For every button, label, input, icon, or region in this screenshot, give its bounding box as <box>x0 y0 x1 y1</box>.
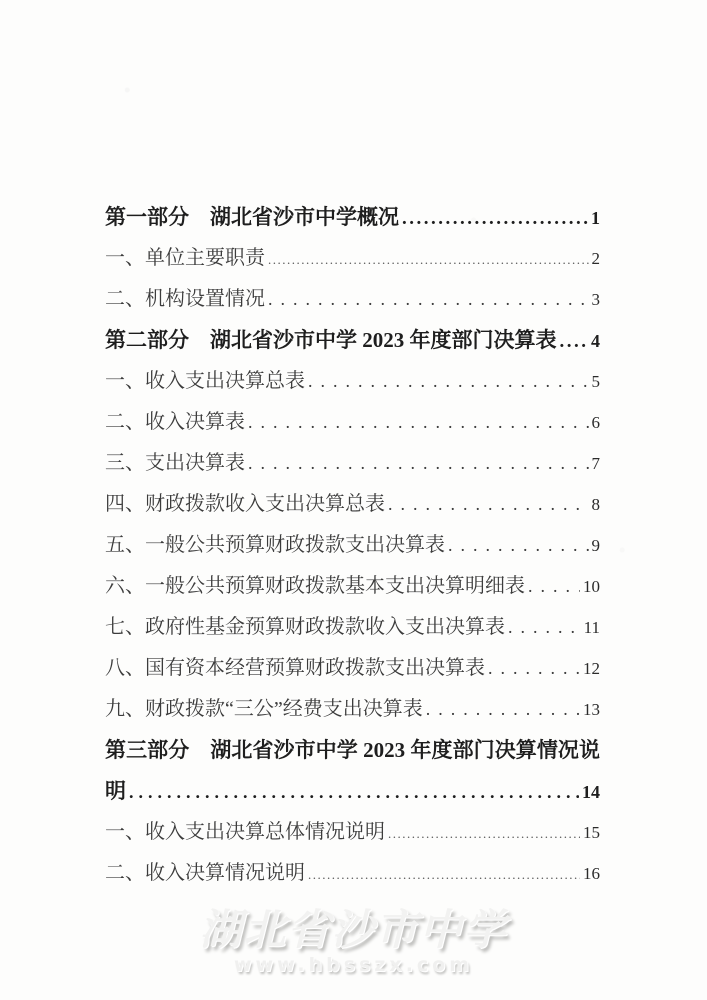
dot-leader <box>488 648 580 689</box>
toc-item-entry: 七、政府性基金预算财政拨款收入支出决算表11 <box>105 607 600 648</box>
dot-leader <box>248 443 589 484</box>
dot-leader <box>508 607 581 648</box>
toc-item-entry: 四、财政拨款收入支出决算总表8 <box>105 484 600 525</box>
toc-entry-label: 第二部分 湖北省沙市中学 2023 年度部门决算表 <box>105 320 557 361</box>
toc-item-entry: 九、财政拨款“三公”经费支出决算表13 <box>105 689 600 730</box>
toc-item-entry: 一、单位主要职责2 <box>105 238 600 279</box>
dot-leader <box>426 689 580 730</box>
toc-entry-label: 一、收入支出决算总表 <box>105 361 305 402</box>
toc-part-entry: 第二部分 湖北省沙市中学 2023 年度部门决算表4 <box>105 320 600 361</box>
toc-entry-page-number: 7 <box>589 443 601 484</box>
toc-item-entry: 三、支出决算表7 <box>105 443 600 484</box>
toc-item-entry: 五、一般公共预算财政拨款支出决算表9 <box>105 525 600 566</box>
toc-item-entry: 二、收入决算表6 <box>105 402 600 443</box>
toc-entry-page-number: 6 <box>589 402 601 443</box>
toc-entry-label: 一、单位主要职责 <box>105 238 265 279</box>
dot-leader <box>448 525 589 566</box>
toc-entry-page-number: 13 <box>580 689 600 730</box>
toc-entry-label: 八、国有资本经营预算财政拨款支出决算表 <box>105 648 485 689</box>
toc-entry-page-number: 12 <box>580 648 600 689</box>
toc-entry-page-number: 5 <box>589 361 601 402</box>
toc-entry-page-number: 2 <box>589 238 601 279</box>
toc-item-entry: 八、国有资本经营预算财政拨款支出决算表12 <box>105 648 600 689</box>
toc-entry-page-number: 15 <box>580 812 600 853</box>
toc-entry-page-number: 4 <box>588 321 600 362</box>
toc-entry-label: 一、收入支出决算总体情况说明 <box>105 812 385 853</box>
toc-entry-page-number: 10 <box>580 566 600 607</box>
toc-entry-label: 九、财政拨款“三公”经费支出决算表 <box>105 689 423 730</box>
table-of-contents: 第一部分 湖北省沙市中学概况1一、单位主要职责2二、机构设置情况3第二部分 湖北… <box>105 197 600 894</box>
document-page: 第一部分 湖北省沙市中学概况1一、单位主要职责2二、机构设置情况3第二部分 湖北… <box>0 0 707 1000</box>
toc-entry-page-number: 1 <box>588 198 600 239</box>
toc-item-entry: 一、收入支出决算总体情况说明15 <box>105 812 600 853</box>
watermark-website: www.hbsszx.com <box>0 955 707 975</box>
toc-entry-label: 二、收入决算情况说明 <box>105 853 305 894</box>
dot-leader <box>388 484 589 525</box>
toc-entry-page-number: 14 <box>579 772 600 813</box>
dot-leader <box>268 239 589 280</box>
toc-item-entry: 二、机构设置情况3 <box>105 279 600 320</box>
toc-part-entry: 第一部分 湖北省沙市中学概况1 <box>105 197 600 238</box>
dot-leader <box>129 772 579 813</box>
toc-part-entry: 第三部分 湖北省沙市中学 2023 年度部门决算情况说明14 <box>105 730 600 812</box>
toc-entry-label: 二、机构设置情况 <box>105 279 265 320</box>
toc-entry-label: 明 <box>105 771 126 812</box>
toc-entry-label: 三、支出决算表 <box>105 443 245 484</box>
toc-item-entry: 六、一般公共预算财政拨款基本支出决算明细表10 <box>105 566 600 607</box>
toc-item-entry: 二、收入决算情况说明16 <box>105 853 600 894</box>
toc-entry-label: 四、财政拨款收入支出决算总表 <box>105 484 385 525</box>
watermark: 湖北省沙市中学 www.hbsszx.com <box>0 906 707 975</box>
toc-entry-label: 五、一般公共预算财政拨款支出决算表 <box>105 525 445 566</box>
dot-leader <box>388 813 580 854</box>
toc-entry-page-number: 9 <box>589 525 601 566</box>
toc-entry-label-line1: 第三部分 湖北省沙市中学 2023 年度部门决算情况说 <box>105 730 600 771</box>
dot-leader <box>268 279 589 320</box>
dot-leader <box>308 361 589 402</box>
toc-entry-label-line2: 明14 <box>105 771 600 812</box>
watermark-school-name: 湖北省沙市中学 <box>0 906 707 954</box>
dot-leader <box>248 402 589 443</box>
dot-leader <box>308 854 580 895</box>
toc-entry-label: 第一部分 湖北省沙市中学概况 <box>105 197 399 238</box>
dot-leader <box>560 321 589 362</box>
toc-entry-page-number: 11 <box>581 607 600 648</box>
toc-entry-page-number: 8 <box>589 484 601 525</box>
toc-entry-label: 二、收入决算表 <box>105 402 245 443</box>
toc-entry-page-number: 16 <box>580 853 600 894</box>
dot-leader <box>402 198 588 239</box>
dot-leader <box>528 566 580 607</box>
toc-entry-page-number: 3 <box>589 279 601 320</box>
toc-entry-label: 七、政府性基金预算财政拨款收入支出决算表 <box>105 607 505 648</box>
toc-entry-label: 六、一般公共预算财政拨款基本支出决算明细表 <box>105 566 525 607</box>
toc-item-entry: 一、收入支出决算总表5 <box>105 361 600 402</box>
